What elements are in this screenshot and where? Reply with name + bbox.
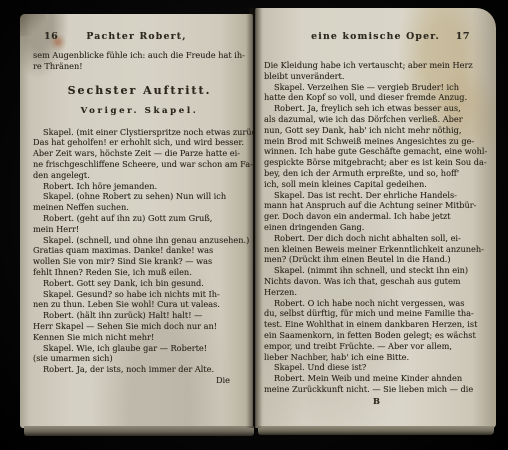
text-line: mein Brod mit Schweiß meines Angesichtes… <box>264 136 489 147</box>
text-line: lieber Nachber, hab' ich eine Bitte. <box>264 352 489 363</box>
text-line: gespickte Börse mitgebracht; aber es ist… <box>264 157 489 168</box>
left-page-header: 16 Pachter Robert, <box>20 32 253 46</box>
text-line: empor, und treibt Früchte. — Aber vor al… <box>264 341 489 352</box>
text-line: men? (Drückt ihm einen Beutel in die Han… <box>264 254 489 265</box>
left-page-number: 16 <box>44 32 58 43</box>
text-line: nun, Gott sey Dank, hab' ich nicht mehr … <box>264 125 489 136</box>
text-line: Robert. (hält ihn zurück) Halt! halt! — <box>33 310 246 321</box>
text-line: du, selbst dürftig, für mich und meine F… <box>264 308 489 319</box>
text-line: mein Herr! <box>33 224 246 235</box>
left-page: 16 Pachter Robert, sem Augenblicke fühle… <box>20 14 253 428</box>
text-line: Skapel. (mit einer Clystierspritze noch … <box>33 127 246 138</box>
text-line: Das hat geholfen! er erhohlt sich, und w… <box>33 137 246 148</box>
text-line: wollen Sie von mir? Sind Sie krank? — wa… <box>33 256 246 267</box>
right-page-text: Die Kleidung habe ich vertauscht; aber m… <box>255 60 496 407</box>
text-line: Robert. Ich höre jemanden. <box>33 181 246 192</box>
text-line: Skapel. (ohne Robert zu sehen) Nun will … <box>33 191 246 202</box>
text-line: bleibt unverändert. <box>264 71 489 82</box>
text-line: Robert. Gott sey Dank, ich bin gesund. <box>33 278 246 289</box>
text-line: ger. Doch davon ein andermal. Ich habe j… <box>264 211 489 222</box>
text-line: meine Zurückkunft nicht. — Sie lieben mi… <box>264 384 489 395</box>
text-line: einen dringenden Gang. <box>264 222 489 233</box>
text-line: Skapel. Das ist recht. Der ehrliche Hand… <box>264 190 489 201</box>
text-line: Robert. Ja, der ists, noch immer der Alt… <box>33 364 246 375</box>
text-line: Robert. O ich habe noch nicht vergessen,… <box>264 298 489 309</box>
text-line: B <box>264 396 489 407</box>
text-line: Kennen Sie mich nicht mehr! <box>33 332 246 343</box>
text-line: Nichts davon. Was ich that, geschah aus … <box>264 276 489 287</box>
text-line: nen kleinen Beweis meiner Erkenntlichkei… <box>264 244 489 255</box>
text-line: Die Kleidung habe ich vertauscht; aber m… <box>264 60 489 71</box>
text-line: sem Augenblicke fühle ich: auch die Freu… <box>33 50 246 61</box>
text-line: winnen. Ich habe gute Geschäfte gemacht,… <box>264 146 489 157</box>
text-line: Skapel. Wie, ich glaube gar — Roberte! <box>33 343 246 354</box>
book-gutter-shadow <box>246 8 262 428</box>
text-line: Skapel. Gesund? so habe ich nichts mit I… <box>33 289 246 300</box>
text-line: meinen Neffen suchen. <box>33 202 246 213</box>
text-line: ich, soll mein kleines Capital gedeihen. <box>264 179 489 190</box>
text-line: Skapel. Und diese ist? <box>264 362 489 373</box>
text-line: Gratias quam maximas. Danke! danke! was <box>33 245 246 256</box>
text-line: hatte den Kopf so voll, und dieser fremd… <box>264 92 489 103</box>
left-page-text: sem Augenblicke fühle ich: auch die Freu… <box>20 50 253 386</box>
text-line: Robert. (geht auf ihn zu) Gott zum Gruß, <box>33 213 246 224</box>
text-line: Skapel. (schnell, und ohne ihn genau anz… <box>33 235 246 246</box>
text-line: re Thränen! <box>33 61 246 72</box>
right-page-header: eine komische Oper. 17 <box>255 32 496 46</box>
text-line: Robert. Ja, freylich seh ich etwas besse… <box>264 103 489 114</box>
text-line: Die <box>33 375 246 386</box>
text-line: (sie umarmen sich) <box>33 353 246 364</box>
text-line: den angelegt. <box>33 170 246 181</box>
page-corner-fold <box>20 14 46 36</box>
text-line: Voriger. Skapel. <box>33 106 246 116</box>
text-line: als dazumal, wie ich das Dörfchen verlie… <box>264 114 489 125</box>
right-page-stack-edge <box>258 426 494 435</box>
text-line: Skapel. Verzeihen Sie — vergieb Bruder! … <box>264 82 489 93</box>
text-line: Robert. Der dich doch nicht abhalten sol… <box>264 233 489 244</box>
text-line: ne frischgeschliffene Scheere, und war s… <box>33 159 246 170</box>
text-line: Robert. Mein Weib und meine Kinder ahnde… <box>264 373 489 384</box>
text-line: ein Saamenkorn, in fetten Boden gelegt; … <box>264 330 489 341</box>
text-line: Herzen. <box>264 287 489 298</box>
text-line: Herr Skapel — Sehen Sie mich doch nur an… <box>33 321 246 332</box>
left-page-stack-edge <box>24 426 254 436</box>
text-line: bey, den ich der Armuth erpreßte, und so… <box>264 168 489 179</box>
photo-background: 16 Pachter Robert, sem Augenblicke fühle… <box>0 0 508 450</box>
text-line: fehlt Ihnen? Reden Sie, ich muß eilen. <box>33 267 246 278</box>
text-line: Aber Zeit wars, höchste Zeit — die Parze… <box>33 148 246 159</box>
right-page: eine komische Oper. 17 Die Kleidung habe… <box>255 8 496 428</box>
text-line: nen zu thun. Leben Sie wohl! Cura ut val… <box>33 299 246 310</box>
text-line: mann hat Anspruch auf die Achtung seiner… <box>264 200 489 211</box>
text-line: Sechster Auftritt. <box>33 85 246 97</box>
text-line: Skapel. (nimmt ihn schnell, und steckt i… <box>264 265 489 276</box>
right-page-number: 17 <box>456 32 470 43</box>
text-line: test. Eine Wohlthat in einem dankbaren H… <box>264 319 489 330</box>
